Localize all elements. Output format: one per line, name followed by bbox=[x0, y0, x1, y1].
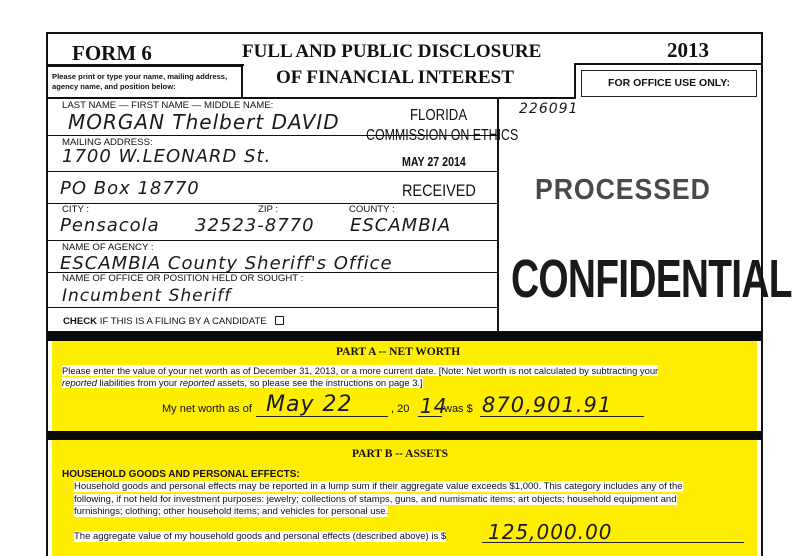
net-worth-year-prefix: , 20 bbox=[391, 403, 409, 415]
stamp-received-date: MAY 27 2014 bbox=[402, 155, 466, 169]
form-border-left bbox=[46, 32, 48, 556]
form-year: 2013 bbox=[667, 38, 709, 63]
part-a-title: PART A -- NET WORTH bbox=[336, 346, 460, 358]
reported-italic: reported bbox=[180, 377, 215, 388]
net-worth-prefix: My net worth as of bbox=[162, 403, 252, 415]
row-divider bbox=[46, 307, 498, 308]
agency-label: NAME OF AGENCY : bbox=[62, 242, 154, 253]
agency-value[interactable]: ESCAMBIA County Sheriff's Office bbox=[60, 253, 393, 274]
form-title-line2: OF FINANCIAL INTEREST bbox=[276, 67, 514, 89]
description-line2: following, if not held for investment pu… bbox=[74, 494, 677, 505]
part-a-instructions-line1: Please enter the value of your net worth… bbox=[62, 365, 658, 376]
processed-stamp: PROCESSED bbox=[535, 174, 711, 207]
form-number: FORM 6 bbox=[72, 41, 152, 66]
print-instructions-box: Please print or type your name, mailing … bbox=[47, 65, 243, 98]
confidential-stamp: CONFIDENTIAL bbox=[511, 248, 792, 310]
candidate-checkbox[interactable] bbox=[275, 316, 284, 325]
reported-italic: reported bbox=[62, 377, 97, 388]
office-use-box: FOR OFFICE USE ONLY: bbox=[581, 70, 757, 97]
net-worth-value[interactable]: 870,901.91 bbox=[482, 393, 612, 417]
instructions-end: assets, so please see the instructions o… bbox=[215, 377, 423, 388]
city-value[interactable]: Pensacola bbox=[60, 215, 160, 236]
net-worth-date-value[interactable]: May 22 bbox=[266, 392, 352, 417]
aggregate-value-label: The aggregate value of my household good… bbox=[74, 531, 446, 542]
aggregate-label-text: The aggregate value of my household good… bbox=[74, 531, 446, 542]
position-value[interactable]: Incumbent Sheriff bbox=[62, 286, 231, 306]
address-line1-value[interactable]: 1700 W.LEONARD St. bbox=[62, 146, 271, 167]
net-worth-was-label: was $ bbox=[444, 403, 473, 415]
instructions-mid: liabilities from your bbox=[97, 377, 180, 388]
description-line3: furnishings; clothing; other household i… bbox=[74, 506, 388, 517]
header-divider-right bbox=[574, 63, 763, 65]
row-divider bbox=[46, 171, 498, 172]
county-value[interactable]: ESCAMBIA bbox=[350, 215, 451, 236]
header-divider-step bbox=[574, 63, 576, 98]
section-divider-bar bbox=[46, 331, 763, 341]
address-line2-value[interactable]: PO Box 18770 bbox=[60, 178, 200, 199]
household-goods-description: Household goods and personal effects may… bbox=[74, 481, 754, 519]
household-goods-heading: HOUSEHOLD GOODS AND PERSONAL EFFECTS: bbox=[62, 469, 300, 480]
candidate-check-label: IF THIS IS A FILING BY A CANDIDATE bbox=[97, 316, 267, 327]
aggregate-value[interactable]: 125,000.00 bbox=[488, 520, 613, 544]
zip-value[interactable]: 32523-8770 bbox=[195, 215, 315, 236]
part-a-instructions: Please enter the value of your net worth… bbox=[62, 365, 752, 390]
candidate-check-row: CHECK IF THIS IS A FILING BY A CANDIDATE bbox=[63, 316, 284, 327]
row-divider bbox=[46, 240, 498, 241]
form-title-line1: FULL AND PUBLIC DISCLOSURE bbox=[242, 41, 541, 63]
position-label: NAME OF OFFICE OR POSITION HELD OR SOUGH… bbox=[62, 273, 303, 284]
city-label: CITY : bbox=[62, 204, 89, 215]
stamp-commission: COMMISSION ON ETHICS bbox=[366, 127, 518, 145]
zip-label: ZIP : bbox=[258, 204, 278, 215]
county-label: COUNTY : bbox=[349, 204, 395, 215]
candidate-check-bold: CHECK bbox=[63, 316, 97, 327]
office-filing-number: 226091 bbox=[519, 101, 578, 117]
name-value[interactable]: MORGAN Thelbert DAVID bbox=[68, 110, 340, 134]
part-b-title: PART B -- ASSETS bbox=[352, 448, 448, 460]
description-line1: Household goods and personal effects may… bbox=[74, 481, 683, 492]
form-border-right bbox=[761, 32, 763, 556]
section-divider-bar bbox=[46, 431, 763, 440]
stamp-received: RECEIVED bbox=[402, 181, 476, 201]
stamp-florida: FLORIDA bbox=[410, 107, 467, 125]
